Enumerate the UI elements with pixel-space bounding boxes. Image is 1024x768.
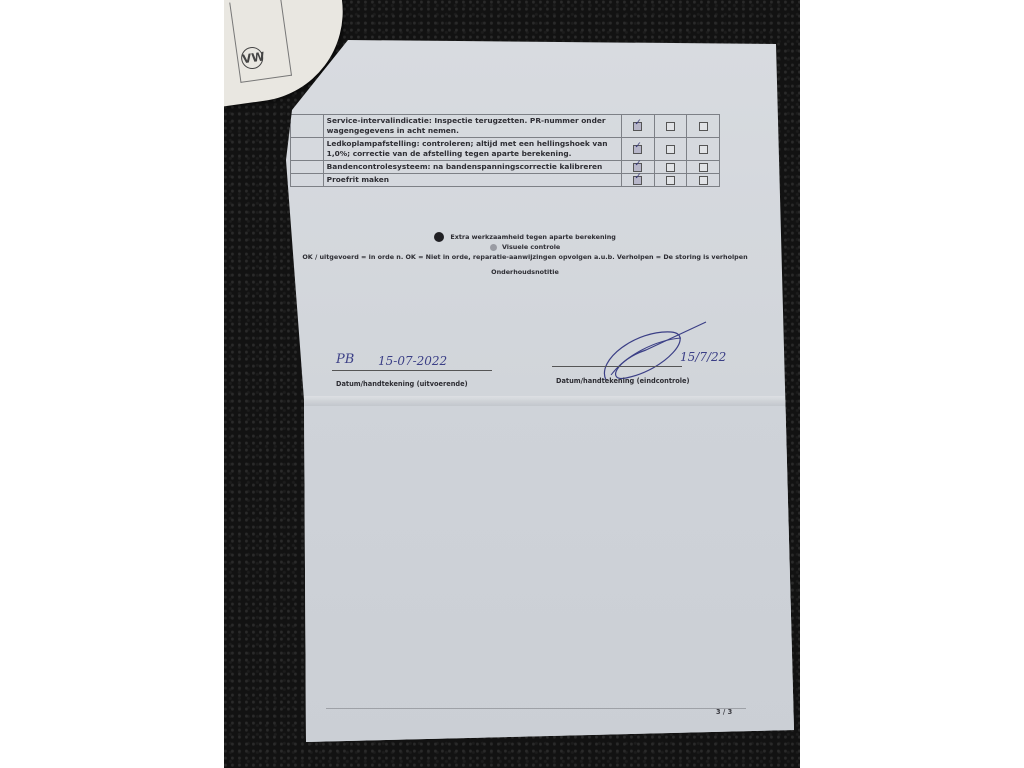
- left-signature-label: Datum/handtekening (uitvoerende): [336, 380, 468, 388]
- right-handwritten-date: 15/7/22: [680, 350, 726, 364]
- maintenance-note-title: Onderhoudsnotitie: [290, 268, 760, 277]
- legend-extra-work: Extra werkzaamheid tegen aparte berekeni…: [290, 232, 760, 242]
- resolved-checkbox[interactable]: [699, 145, 708, 154]
- legend: Extra werkzaamheid tegen aparte berekeni…: [290, 232, 760, 277]
- table-row: Service-intervalindicatie: Inspectie ter…: [291, 115, 720, 138]
- ok-checkbox[interactable]: [633, 145, 642, 154]
- table-row: Ledkoplampafstelling: controleren; altij…: [291, 138, 720, 161]
- ok-checkbox[interactable]: [633, 176, 642, 185]
- not-ok-checkbox[interactable]: [666, 176, 675, 185]
- left-handwritten-date: 15-07-2022: [378, 354, 447, 368]
- legend-visual-check: Visuele controle: [290, 243, 760, 252]
- left-initials: PB: [336, 352, 354, 367]
- legend-explanation: OK / uitgevoerd = in orde n. OK = Niet i…: [290, 253, 760, 262]
- row-description: Bandencontrolesysteem: na bandenspanning…: [323, 161, 621, 174]
- maintenance-checklist-table: Service-intervalindicatie: Inspectie ter…: [290, 114, 720, 187]
- checklist-sheet: Service-intervalindicatie: Inspectie ter…: [256, 40, 794, 742]
- table-row: Proefrit maken: [291, 174, 720, 187]
- small-circle-icon: [490, 244, 497, 251]
- not-ok-checkbox[interactable]: [666, 145, 675, 154]
- ok-checkbox[interactable]: [633, 163, 642, 172]
- ok-checkbox[interactable]: [633, 122, 642, 131]
- resolved-checkbox[interactable]: [699, 122, 708, 131]
- right-signature-line: [552, 366, 682, 367]
- document-photo: VW Service-intervalindicatie: Inspectie …: [224, 0, 800, 768]
- not-ok-checkbox[interactable]: [666, 163, 675, 172]
- footer-rule: [326, 708, 746, 709]
- not-ok-checkbox[interactable]: [666, 122, 675, 131]
- resolved-checkbox[interactable]: [699, 176, 708, 185]
- table-row: Bandencontrolesysteem: na bandenspanning…: [291, 161, 720, 174]
- page-number: 3 / 3: [716, 708, 732, 716]
- left-signature-line: [332, 370, 492, 371]
- row-description: Service-intervalindicatie: Inspectie ter…: [323, 115, 621, 138]
- booklet-frame: [229, 0, 292, 83]
- row-description: Ledkoplampafstelling: controleren; altij…: [323, 138, 621, 161]
- right-signature-label: Datum/handtekening (eindcontrole): [556, 377, 690, 385]
- resolved-checkbox[interactable]: [699, 163, 708, 172]
- row-description: Proefrit maken: [323, 174, 621, 187]
- filled-circle-icon: [434, 232, 444, 242]
